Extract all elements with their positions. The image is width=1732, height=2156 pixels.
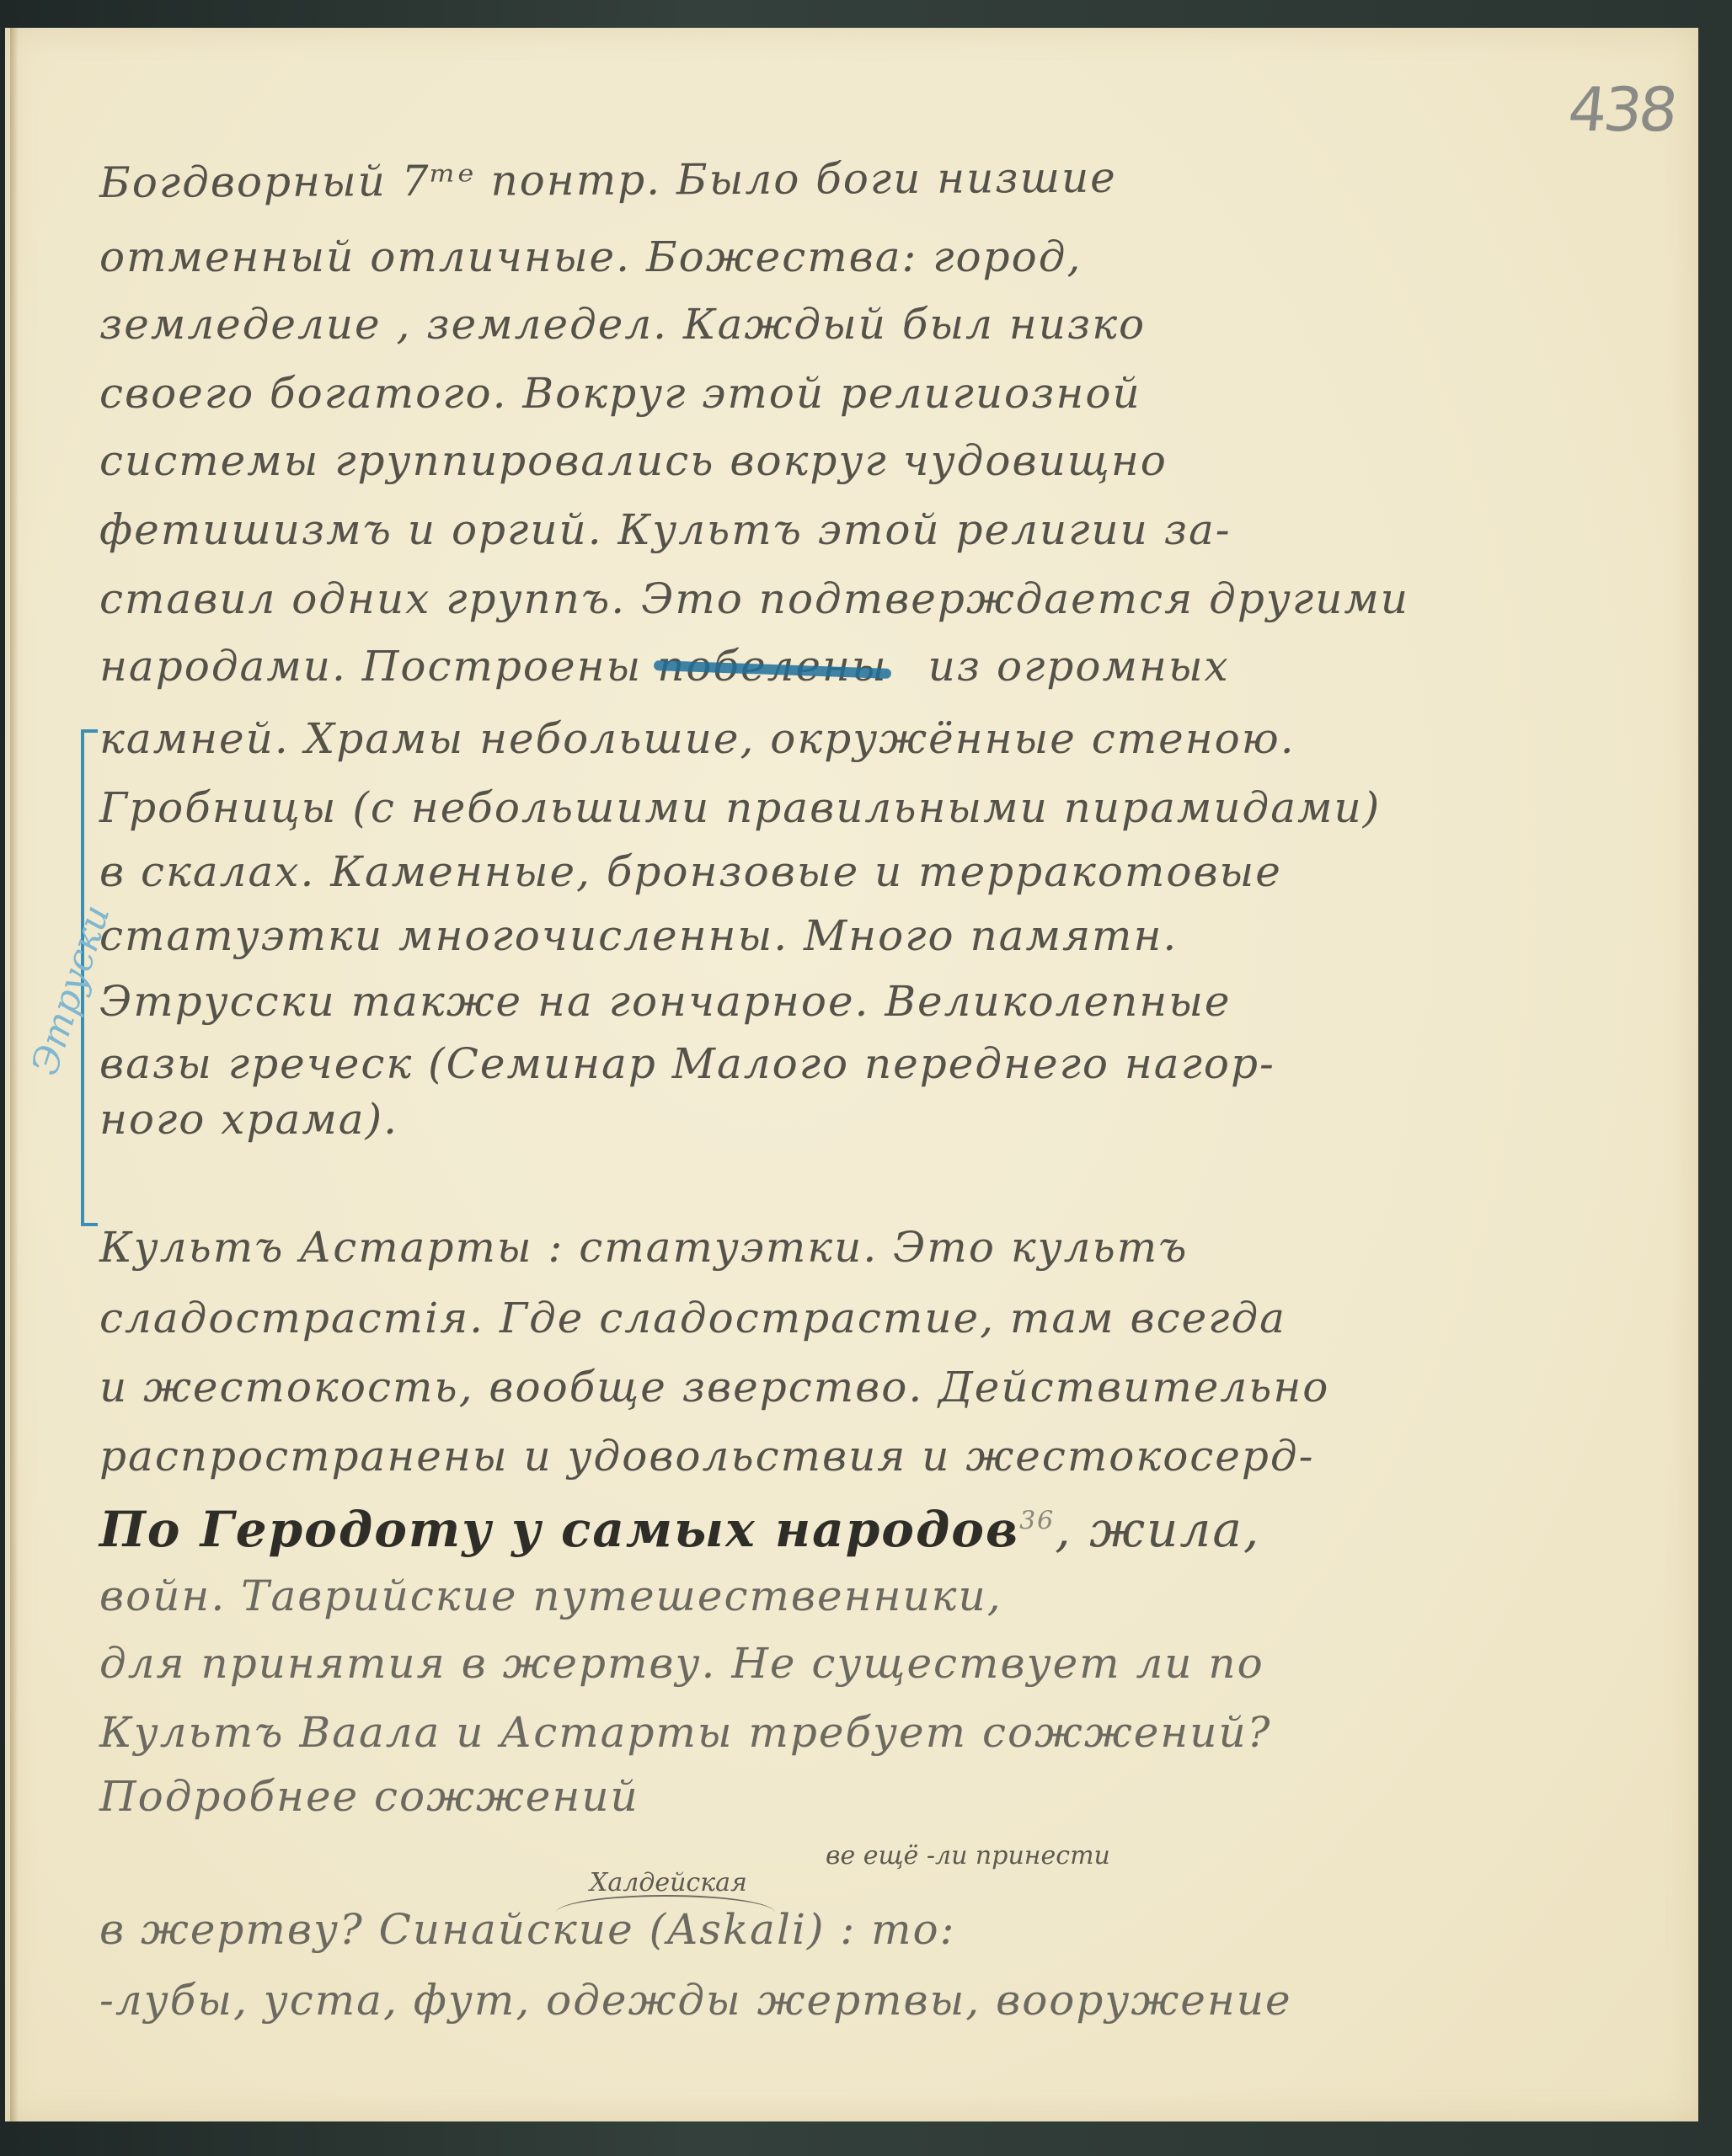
interlinear-insertion-2: Халдейская: [590, 1868, 747, 1897]
text-line-23: Культъ Ваала и Астарты требует сожжений?: [99, 1708, 1683, 1757]
text-line-5: системы группировались вокруг чудовищно: [99, 436, 1683, 485]
text-line-8-start: народами. Построены: [99, 642, 642, 691]
text-line-12: статуэтки многочисленны. Много памятн.: [99, 911, 1683, 960]
text-line-13: Этрусски также на гончарное. Великолепны…: [99, 977, 1683, 1026]
text-line-18: и жестокость, вообще зверство. Действите…: [99, 1363, 1683, 1412]
text-line-11: в скалах. Каменные, бронзовые и терракот…: [99, 847, 1683, 896]
text-line-10: Гробницы (с небольшими правильными пирам…: [99, 783, 1683, 832]
interlinear-insertion-1: ве ещё -ли принести: [826, 1841, 1110, 1870]
text-line-16: Культъ Астарты : статуэтки. Это культъ: [99, 1223, 1683, 1272]
text-line-2: отменный отличные. Божества: город,: [99, 232, 1683, 281]
text-line-25: в жертву? Синайские (Askali) : то:: [99, 1905, 1683, 1954]
text-line-21: войн. Таврийские путешественники,: [99, 1572, 1683, 1620]
text-line-7: ставил одних группъ. Это подтверждается …: [99, 574, 1683, 623]
text-line-8: народами. Построены побелены из огромных: [99, 642, 1683, 691]
text-line-17: сладострастія. Где сладострастие, там вс…: [99, 1294, 1683, 1342]
text-line-6: фетишизмъ и оргий. Культъ этой религии з…: [99, 505, 1683, 554]
text-line-15: ного храма).: [99, 1095, 1683, 1144]
text-line-4: своего богатого. Вокруг этой религиозной: [99, 369, 1683, 418]
text-line-20: По Геродоту у самых народов36, жила,: [99, 1501, 1683, 1558]
text-line-19: распространены и удовольствия и жестокос…: [99, 1432, 1683, 1481]
text-line-9: камней. Храмы небольшие, окружённые стен…: [99, 714, 1683, 763]
struck-word: побелены: [657, 642, 888, 691]
text-line-20-tail: , жила,: [1055, 1501, 1260, 1558]
text-line-3: земледелие , земледел. Каждый был низко: [99, 300, 1683, 349]
text-line-1: Богдворный 7ᵐᵉ понтр. Было боги низшие: [99, 150, 1683, 207]
folio-number: 438: [1565, 74, 1678, 145]
text-line-14: вазы греческ (Семинар Малого переднего н…: [99, 1039, 1683, 1088]
text-line-20-main: По Геродоту у самых народов: [99, 1501, 1019, 1558]
text-line-26: -лубы, уста, фут, одежды жертвы, вооруже…: [99, 1976, 1683, 2025]
text-line-8-end: из огромных: [928, 642, 1230, 691]
text-line-24: Подробнее сожжений: [99, 1772, 1683, 1821]
footnote-36: 36: [1019, 1507, 1055, 1536]
text-line-22: для принятия в жертву. Не существует ли …: [99, 1639, 1683, 1688]
